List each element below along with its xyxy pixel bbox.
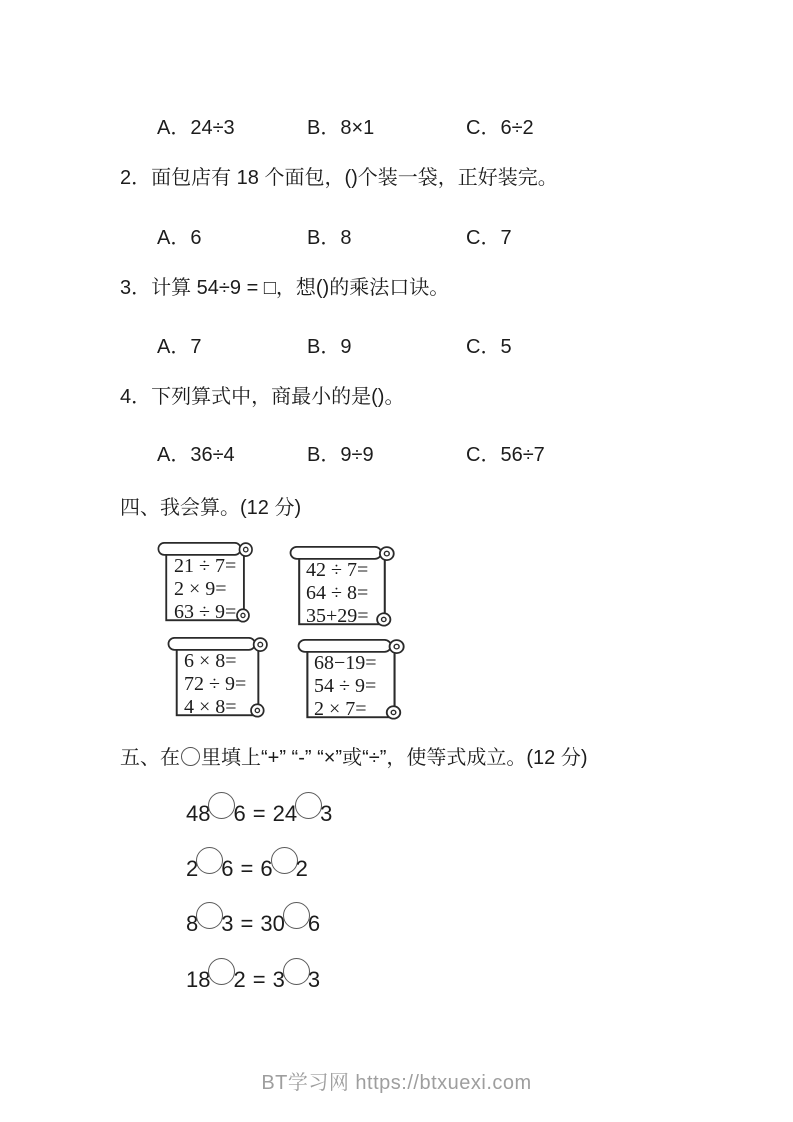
option-c: C．56÷7: [466, 438, 545, 467]
scroll-card-3: 6 × 8= 72 ÷ 9= 4 × 8=: [167, 636, 270, 720]
question-stem-2: 2．面包店有 18 个面包，()个装一袋，正好装完。: [120, 166, 558, 191]
operator-circle-blank: [283, 958, 310, 985]
option-c: C．5: [466, 330, 512, 359]
mc-options-row-q3: A．7 B．9 C．5: [0, 330, 793, 355]
operand: 6: [221, 856, 233, 881]
scroll-expression: 72 ÷ 9=: [184, 673, 270, 696]
fill-operator-equation-3: 83=306: [186, 902, 320, 939]
section5-heading: 五、在里填上“+” “-” “×”或“÷”，使等式成立。(12 分): [120, 746, 588, 771]
mc-options-row-q1: A．24÷3 B．8×1 C．6÷2: [0, 111, 793, 136]
scroll-expression: 42 ÷ 7=: [306, 559, 397, 582]
operand: 3: [320, 801, 332, 826]
equals-sign: =: [253, 801, 266, 826]
mc-options-row-q2: A．6 B．8 C．7: [0, 221, 793, 246]
operator-circle-blank: [271, 847, 298, 874]
operand: 3: [221, 911, 233, 936]
scroll-expression: 35+29=: [306, 605, 397, 628]
operand: 30: [260, 911, 284, 936]
option-b: B．8×1: [307, 111, 374, 140]
footer-watermark-link[interactable]: BT学习网 https://btxuexi.com: [261, 1072, 531, 1094]
fill-operator-equation-1: 486=243: [186, 792, 332, 829]
scroll-expression: 63 ÷ 9=: [174, 601, 255, 624]
option-a: A．24÷3: [157, 111, 235, 140]
scroll-card-4: 68−19= 54 ÷ 9= 2 × 7=: [297, 638, 407, 722]
section5-heading-suffix: 里填上“+” “-” “×”或“÷”，使等式成立。(12 分): [201, 747, 588, 769]
operand: 2: [296, 856, 308, 881]
question-stem-4: 4．下列算式中，商最小的是()。: [120, 385, 404, 410]
scroll-expression: 6 × 8=: [184, 650, 270, 673]
scroll-card-2: 42 ÷ 7= 64 ÷ 8= 35+29=: [289, 545, 397, 629]
scroll-card-1: 21 ÷ 7= 2 × 9= 63 ÷ 9=: [157, 541, 255, 625]
operand: 18: [186, 967, 210, 992]
equals-sign: =: [241, 856, 254, 881]
operator-circle-blank: [196, 902, 223, 929]
page-footer: BT学习网 https://btxuexi.com: [0, 1066, 793, 1095]
scroll-expression: 64 ÷ 8=: [306, 582, 397, 605]
operator-circle-blank: [283, 902, 310, 929]
question-stem-3: 3．计算 54÷9 = □，想()的乘法口诀。: [120, 276, 449, 301]
operator-circle-blank: [208, 792, 235, 819]
option-a: A．36÷4: [157, 438, 235, 467]
operand: 3: [308, 967, 320, 992]
equals-sign: =: [253, 967, 266, 992]
fill-operator-equation-2: 26=62: [186, 847, 308, 884]
mc-options-row-q4: A．36÷4 B．9÷9 C．56÷7: [0, 438, 793, 463]
option-a: A．6: [157, 221, 201, 250]
scroll-expression: 4 × 8=: [184, 696, 270, 719]
operand: 2: [233, 967, 245, 992]
section4-heading: 四、我会算。(12 分): [120, 496, 301, 521]
option-c: C．6÷2: [466, 111, 534, 140]
operand: 6: [308, 911, 320, 936]
operator-circle-blank: [208, 958, 235, 985]
scroll-expression: 2 × 9=: [174, 578, 255, 601]
operand: 6: [233, 801, 245, 826]
circle-blank-icon: [181, 747, 200, 766]
equals-sign: =: [241, 911, 254, 936]
operator-circle-blank: [295, 792, 322, 819]
fill-operator-equation-4: 182=33: [186, 958, 320, 995]
scroll-expression: 68−19=: [314, 652, 407, 675]
section5-heading-prefix: 五、在: [120, 747, 180, 769]
option-b: B．8: [307, 221, 351, 250]
operand: 24: [273, 801, 297, 826]
operand: 48: [186, 801, 210, 826]
option-a: A．7: [157, 330, 201, 359]
operator-circle-blank: [196, 847, 223, 874]
option-b: B．9÷9: [307, 438, 374, 467]
scroll-expression: 54 ÷ 9=: [314, 675, 407, 698]
option-c: C．7: [466, 221, 512, 250]
scroll-expression: 2 × 7=: [314, 698, 407, 721]
scroll-expression: 21 ÷ 7=: [174, 555, 255, 578]
option-b: B．9: [307, 330, 351, 359]
